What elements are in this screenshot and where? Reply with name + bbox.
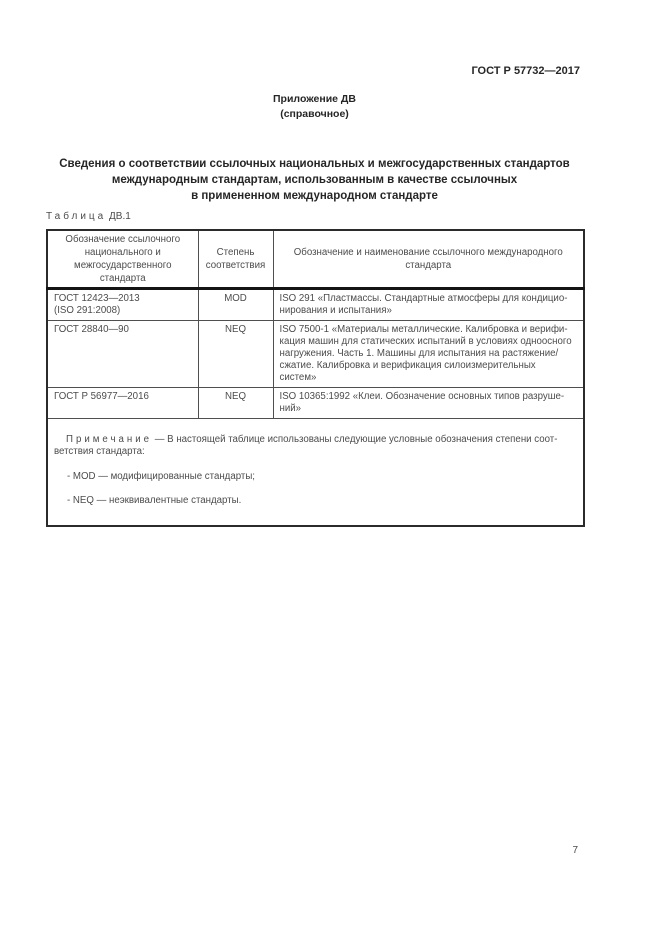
cell-degree: NEQ: [198, 388, 273, 419]
note-intro-line: Примечание — В настоящей таблице использ…: [54, 434, 577, 459]
section-title: Сведения о соответствии ссылочных национ…: [46, 156, 583, 204]
cell-degree: NEQ: [198, 321, 273, 388]
table-caption-word: Таблица: [46, 211, 106, 222]
note-item-neq: - NEQ — неэквивалентные стандарты.: [54, 495, 577, 507]
table-row: ГОСТ 28840—90 NEQ ISO 7500-1 «Материалы …: [47, 321, 584, 388]
table-row: ГОСТ Р 56977—2016 NEQ ISO 10365:1992 «Кл…: [47, 388, 584, 419]
cell-national-standard: ГОСТ Р 56977—2016: [47, 388, 198, 419]
note-label: Примечание: [66, 434, 152, 445]
page-number: 7: [46, 845, 578, 856]
appendix-subtitle: (справочное): [46, 107, 583, 122]
col-header-national-standard: Обозначение ссылочного национального и м…: [47, 230, 198, 289]
appendix-title: Приложение ДВ: [46, 92, 583, 107]
cell-international-standard: ISO 10365:1992 «Клеи. Обозначение основн…: [273, 388, 584, 419]
table-note-row: Примечание — В настоящей таблице использ…: [47, 419, 584, 526]
table-caption-number: ДВ.1: [109, 211, 131, 222]
appendix-block: Приложение ДВ (справочное): [46, 92, 583, 122]
col-header-degree: Степень соответствия: [198, 230, 273, 289]
cell-national-standard: ГОСТ 28840—90: [47, 321, 198, 388]
cell-international-standard: ISO 291 «Пластмассы. Стандартные атмосфе…: [273, 289, 584, 321]
document-page: ГОСТ Р 57732—2017 Приложение ДВ (справоч…: [0, 0, 661, 936]
doc-number: ГОСТ Р 57732—2017: [46, 65, 580, 77]
table-header-row: Обозначение ссылочного национального и м…: [47, 230, 584, 289]
cell-national-standard: ГОСТ 12423—2013 (ISO 291:2008): [47, 289, 198, 321]
note-item-mod: - MOD — модифицированные стандарты;: [54, 471, 577, 483]
table-row: ГОСТ 12423—2013 (ISO 291:2008) MOD ISO 2…: [47, 289, 584, 321]
table-caption: Таблица ДВ.1: [46, 211, 131, 222]
cell-degree: MOD: [198, 289, 273, 321]
standards-correspondence-table: Обозначение ссылочного национального и м…: [46, 229, 585, 527]
cell-international-standard: ISO 7500-1 «Материалы металлические. Кал…: [273, 321, 584, 388]
table-note: Примечание — В настоящей таблице использ…: [47, 419, 584, 526]
col-header-international-standard: Обозначение и наименование ссылочного ме…: [273, 230, 584, 289]
